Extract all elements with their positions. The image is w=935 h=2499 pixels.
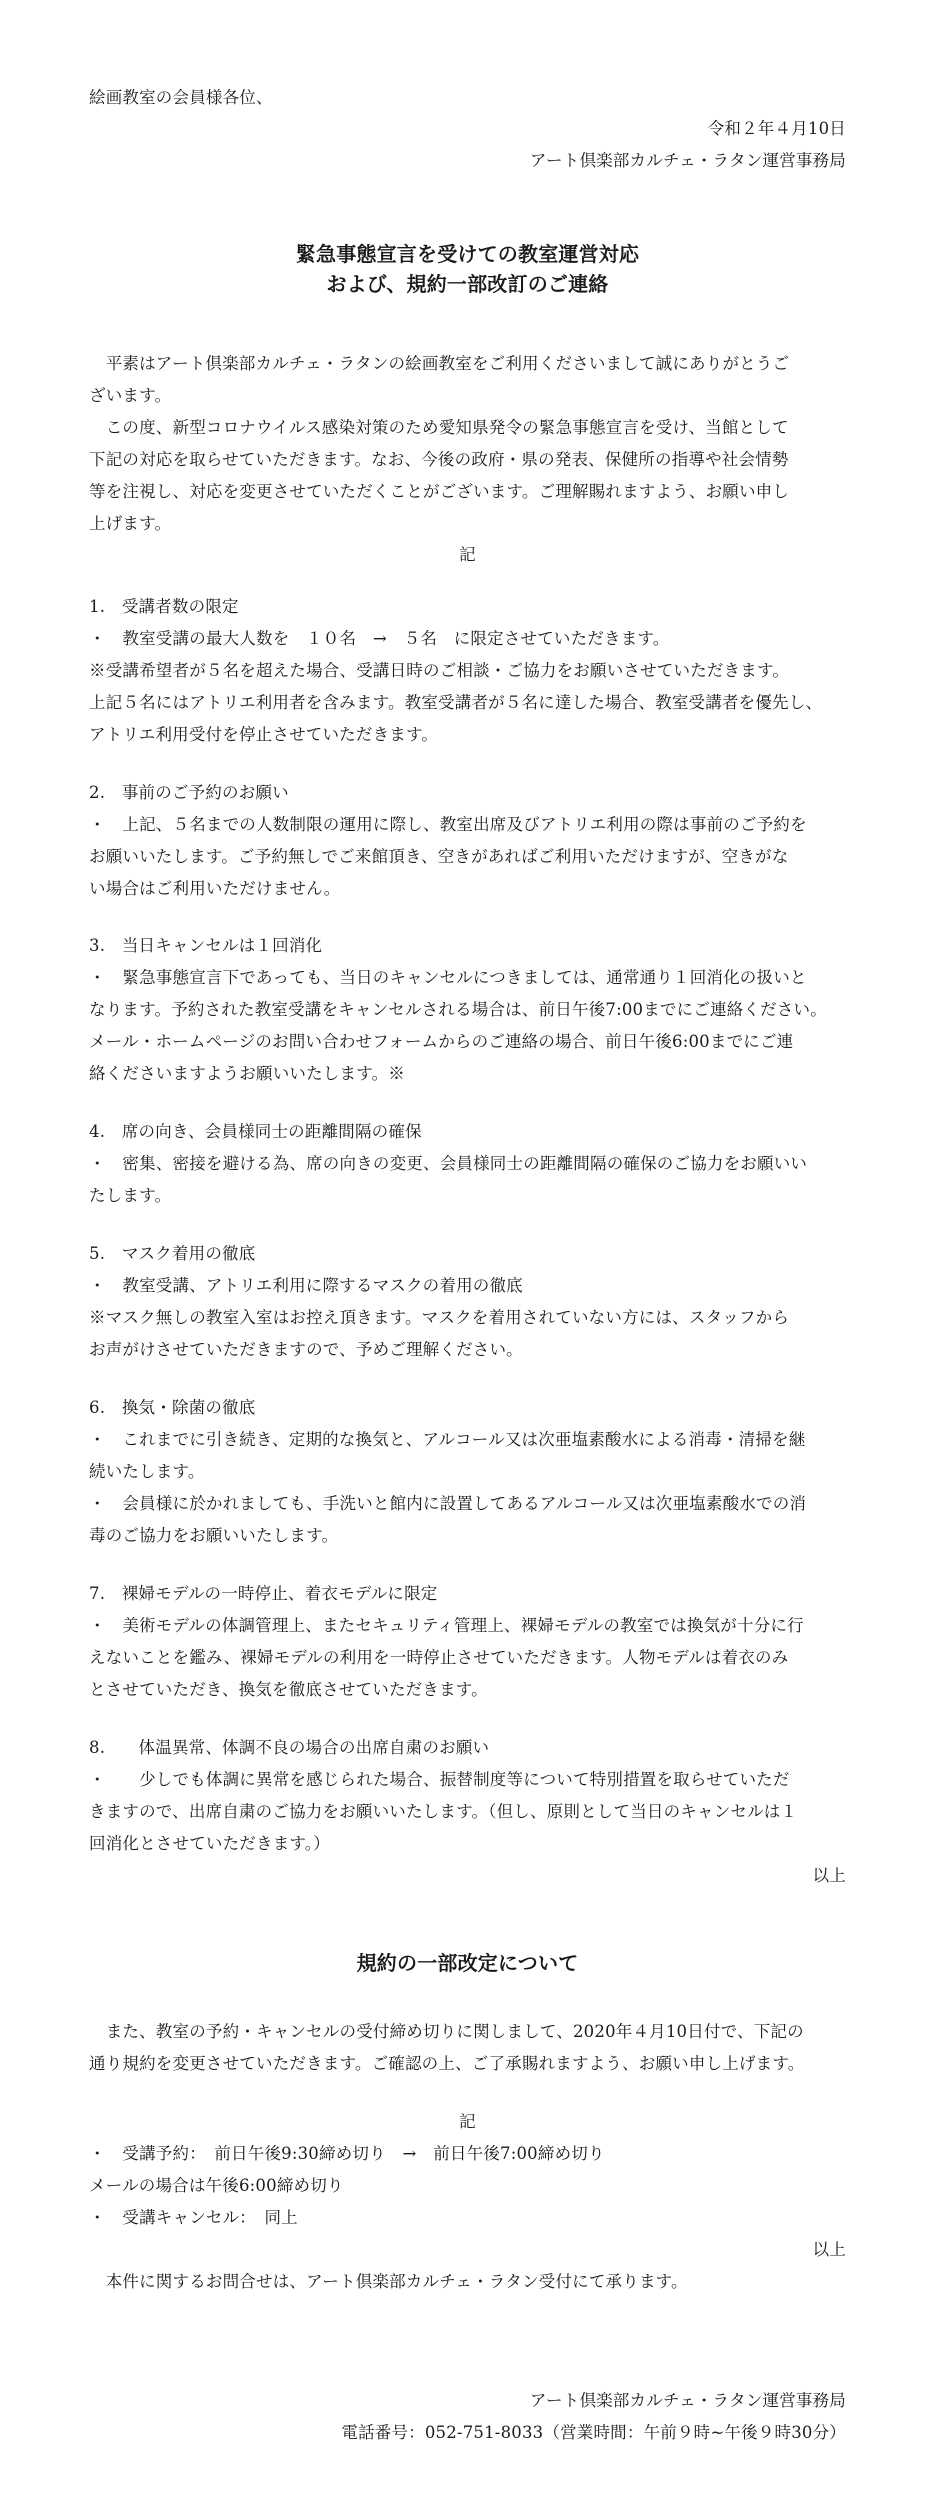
section-heading-6: 6. 換気・除菌の徹底: [89, 1397, 846, 1419]
section-2-line: い場合はご利用いただけません。: [89, 878, 846, 900]
section-1-line: 上記５名にはアトリエ利用者を含みます。教室受講者が５名に達した場合、教室受講者を…: [89, 692, 846, 714]
sender-name: アート倶楽部カルチェ・ラタン運営事務局: [89, 150, 846, 172]
section-heading-7: 7. 裸婦モデルの一時停止、着衣モデルに限定: [89, 1583, 846, 1605]
section-6-line: ・ 会員様に於かれましても、手洗いと館内に設置してあるアルコール又は次亜塩素酸水…: [89, 1493, 846, 1515]
section-heading-5: 5. マスク着用の徹底: [89, 1243, 846, 1265]
footer-phone: 電話番号：052-751-8033（営業時間：午前９時~午後９時30分）: [89, 2422, 846, 2444]
section-6-line: 毒のご協力をお願いいたします。: [89, 1525, 846, 1547]
section-5-line: お声がけさせていただきますので、予めご理解ください。: [89, 1339, 846, 1361]
document-title-line-2: および、規約一部改訂のご連絡: [89, 270, 846, 298]
section-heading-2: 2. 事前のご予約のお願い: [89, 782, 846, 804]
section-4-line: ・ 密集、密接を避ける為、席の向きの変更、会員様同士の距離間隔の確保のご協力をお…: [89, 1153, 846, 1175]
intro-paragraph-line: 上げます。: [89, 513, 846, 535]
section-7-line: ・ 美術モデルの体調管理上、またセキュリティ管理上、裸婦モデルの教室では換気が十…: [89, 1615, 846, 1637]
revision-intro-line: 通り規約を変更させていただきます。ご確認の上、ご了承賜れますよう、お願い申し上げ…: [89, 2053, 846, 2075]
footer-organization: アート倶楽部カルチェ・ラタン運営事務局: [89, 2390, 846, 2412]
section-heading-8: 8. 体温異常、体調不良の場合の出席自粛のお願い: [89, 1737, 846, 1759]
section-1-line: ・ 教室受講の最大人数を １０名 → ５名 に限定させていただきます。: [89, 628, 846, 650]
section-8-line: 回消化とさせていただきます。）: [89, 1833, 846, 1855]
section-3-line: 絡くださいますようお願いいたします。※: [89, 1063, 846, 1085]
section-1-line: ※受講希望者が５名を超えた場合、受講日時のご相談・ご協力をお願いさせていただきま…: [89, 660, 846, 682]
revision-intro-line: また、教室の予約・キャンセルの受付締め切りに関しまして、2020年４月10日付で…: [89, 2021, 846, 2043]
intro-paragraph-line: 平素はアート倶楽部カルチェ・ラタンの絵画教室をご利用くださいまして誠にありがとう…: [89, 353, 846, 375]
section-heading-4: 4. 席の向き、会員様同士の距離間隔の確保: [89, 1121, 846, 1143]
section-heading-1: 1. 受講者数の限定: [89, 596, 846, 618]
revision-ijo-closing: 以上: [89, 2239, 846, 2261]
section-heading-3: 3. 当日キャンセルは１回消化: [89, 935, 846, 957]
document-date: 令和２年４月10日: [89, 118, 846, 140]
section-4-line: たします。: [89, 1185, 846, 1207]
section-1-line: アトリエ利用受付を停止させていただきます。: [89, 724, 846, 746]
section-8-line: ・ 少しでも体調に異常を感じられた場合、振替制度等について特別措置を取らせていた…: [89, 1769, 846, 1791]
salutation: 絵画教室の会員様各位、: [89, 87, 846, 109]
section-5-line: ※マスク無しの教室入室はお控え頂きます。マスクを着用されていない方には、スタッフ…: [89, 1307, 846, 1329]
section-6-line: 続いたします。: [89, 1461, 846, 1483]
intro-paragraph-line: 下記の対応を取らせていただきます。なお、今後の政府・県の発表、保健所の指導や社会…: [89, 449, 846, 471]
section-2-line: お願いいたします。ご予約無しでご来館頂き、空きがあればご利用いただけますが、空き…: [89, 846, 846, 868]
section-7-line: えないことを鑑み、裸婦モデルの利用を一時停止させていただきます。人物モデルは着衣…: [89, 1647, 846, 1669]
revision-line: メールの場合は午後6:00締め切り: [89, 2175, 846, 2197]
section-5-line: ・ 教室受講、アトリエ利用に際するマスクの着用の徹底: [89, 1275, 846, 1297]
ki-label: 記: [89, 544, 846, 566]
section-3-line: メール・ホームページのお問い合わせフォームからのご連絡の場合、前日午後6:00ま…: [89, 1031, 846, 1053]
revision-line: ・ 受講予約： 前日午後9:30締め切り → 前日午後7:00締め切り: [89, 2143, 846, 2165]
intro-paragraph-line: この度、新型コロナウイルス感染対策のため愛知県発令の緊急事態宣言を受け、当館とし…: [89, 417, 846, 439]
intro-paragraph-line: 等を注視し、対応を変更させていただくことがございます。ご理解賜れますよう、お願い…: [89, 481, 846, 503]
section-6-line: ・ これまでに引き続き、定期的な換気と、アルコール又は次亜塩素酸水による消毒・清…: [89, 1429, 846, 1451]
document-title-line-1: 緊急事態宣言を受けての教室運営対応: [89, 240, 846, 268]
intro-paragraph-line: ざいます。: [89, 385, 846, 407]
revision-line: ・ 受講キャンセル： 同上: [89, 2207, 846, 2229]
section-3-line: ・ 緊急事態宣言下であっても、当日のキャンセルにつきましては、通常通り１回消化の…: [89, 967, 846, 989]
section-7-line: とさせていただき、換気を徹底させていただきます。: [89, 1679, 846, 1701]
ijo-closing: 以上: [89, 1865, 846, 1887]
revision-title: 規約の一部改定について: [89, 1949, 846, 1977]
section-2-line: ・ 上記、５名までの人数制限の運用に際し、教室出席及びアトリエ利用の際は事前のご…: [89, 814, 846, 836]
section-8-line: きますので、出席自粛のご協力をお願いいたします。（但し、原則として当日のキャンセ…: [89, 1801, 846, 1823]
revision-ki-label: 記: [89, 2111, 846, 2133]
section-3-line: なります。予約された教室受講をキャンセルされる場合は、前日午後7:00までにご連…: [89, 999, 846, 1021]
contact-note: 本件に関するお問合せは、アート倶楽部カルチェ・ラタン受付にて承ります。: [89, 2271, 846, 2293]
